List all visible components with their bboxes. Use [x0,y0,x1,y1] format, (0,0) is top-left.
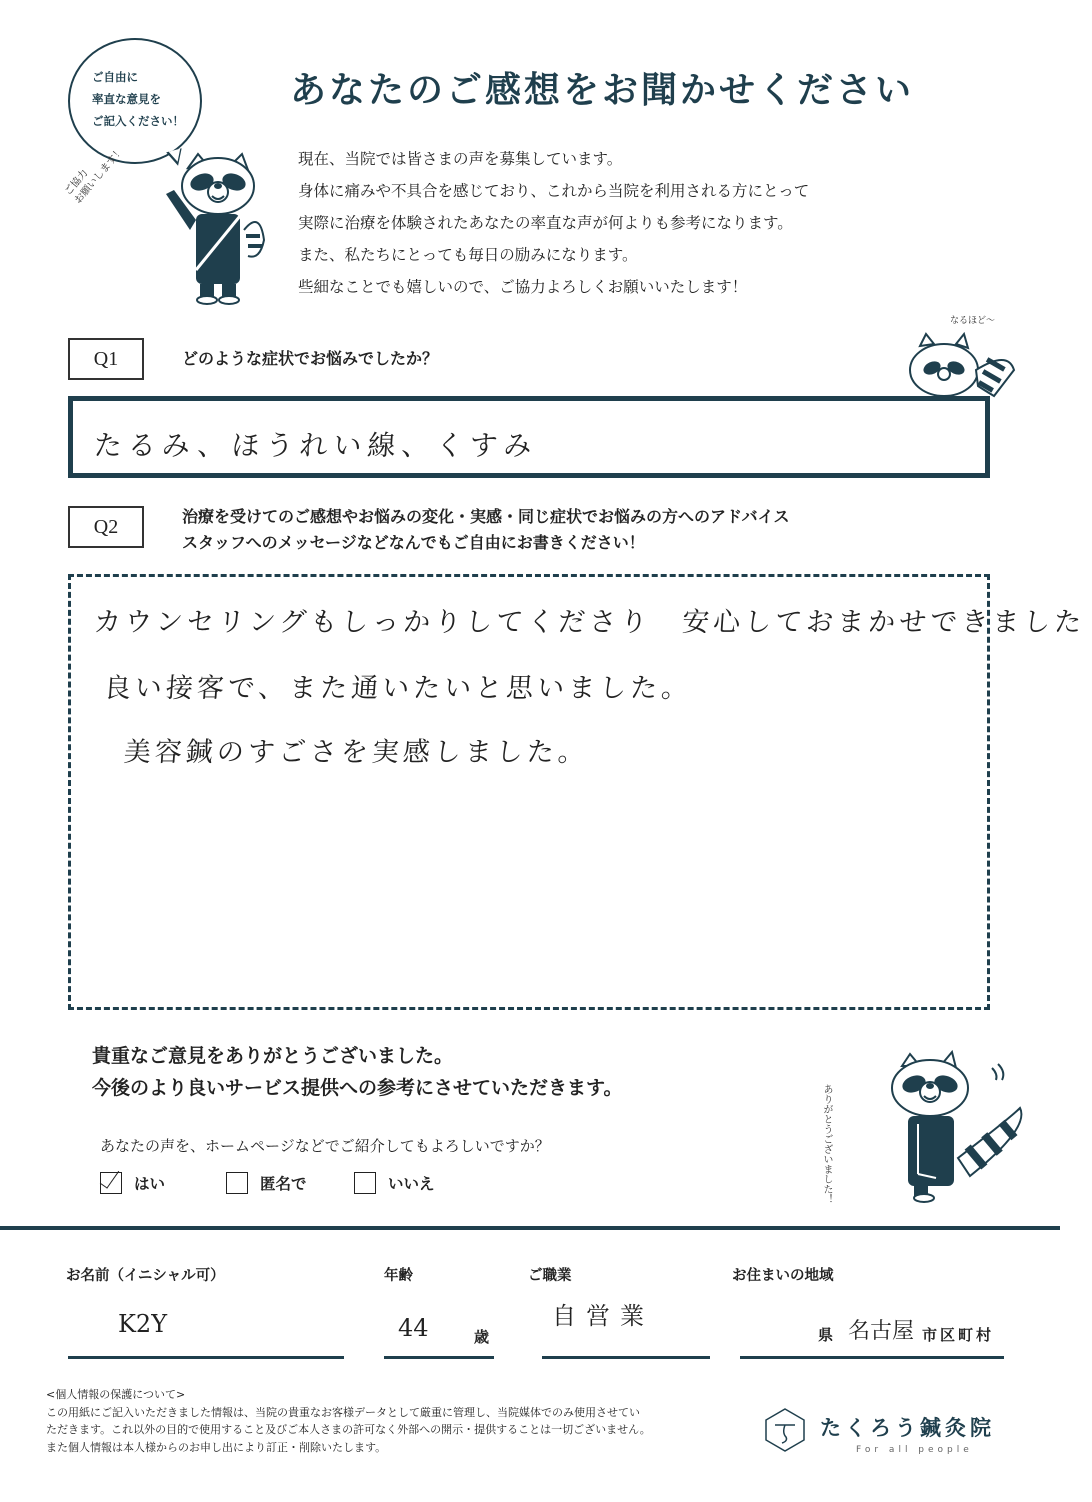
intro-line: また、私たちにとっても毎日の励みになります。 [298,239,809,271]
name-input-line[interactable] [68,1356,344,1359]
option-label: はい [134,1172,165,1194]
intro-line: 現在、当院では皆さまの声を募集しています。 [298,143,809,175]
q2-question-line: スタッフへのメッセージなどなんでもご自由にお書きください！ [182,530,790,556]
mascot-note-naruhodo: なるほど～ [950,313,995,326]
thanks-message: 貴重なご意見をありがとうございました。 今後のより良いサービス提供への参考にさせ… [92,1040,622,1104]
waving-raccoon-icon [880,1048,1030,1204]
q2-answer-line: 美容鍼のすごさを実感しました。 [123,730,591,769]
consent-option-yes[interactable]: はい [100,1172,165,1194]
raccoon-mascot-icon [160,150,280,310]
privacy-notice: <個人情報の保護について> この用紙にご記入いただきました情報は、当院の貴重なお… [46,1386,746,1456]
section-divider [0,1226,1060,1230]
q2-question-line: 治療を受けてのご感想やお悩みの変化・実感・同じ症状でお悩みの方へのアドバイス [182,504,790,530]
consent-option-anonymous[interactable]: 匿名で [226,1172,307,1194]
area-prefecture-unit: 県 [818,1324,833,1345]
area-city-unit: 市区町村 [922,1324,994,1345]
name-label: お名前（イニシャル可） [66,1264,225,1285]
clinic-logo-icon [762,1407,808,1453]
checkbox-anonymous[interactable] [226,1172,248,1194]
job-label: ご職業 [528,1264,572,1285]
bubble-text: ご自由に 率直な意見を ご記入ください！ [92,66,212,132]
consent-question: あなたの声を、ホームページなどでご紹介してもよろしいですか？ [100,1135,550,1156]
consent-option-no[interactable]: いいえ [354,1172,435,1194]
intro-line: 身体に痛みや不具合を感じており、これから当院を利用される方にとって [298,175,809,207]
clinic-name: たくろう鍼灸院 [820,1412,995,1442]
checkbox-yes[interactable] [100,1172,122,1194]
mascot-note-thanks: ありがとうございました！ [820,1084,833,1204]
checkbox-no[interactable] [354,1172,376,1194]
option-label: いいえ [388,1172,435,1194]
age-input-line[interactable] [384,1356,494,1359]
q1-question: どのような症状でお悩みでしたか？ [182,346,438,372]
q2-answer-line: 良い接客で、また通いたいと思いました。 [103,666,694,705]
q2-label: Q2 [68,506,144,548]
peeking-raccoon-icon [898,330,1028,402]
thanks-line: 今後のより良いサービス提供への参考にさせていただきます。 [92,1072,622,1104]
option-label: 匿名で [260,1172,307,1194]
q2-answer-box[interactable] [68,574,990,1010]
q2-question: 治療を受けてのご感想やお悩みの変化・実感・同じ症状でお悩みの方へのアドバイス ス… [182,504,790,556]
age-label: 年齢 [384,1264,413,1285]
job-input-line[interactable] [542,1356,710,1359]
q1-answer: たるみ、ほうれい線、くすみ [93,424,539,464]
age-unit: 歳 [474,1326,489,1347]
intro-line: 些細なことでも嬉しいので、ご協力よろしくお願いいたします！ [298,271,809,303]
area-label: お住まいの地域 [732,1264,834,1285]
intro-text: 現在、当院では皆さまの声を募集しています。 身体に痛みや不具合を感じており、これ… [298,143,809,303]
age-value: 44 [398,1314,429,1342]
area-value: 名古屋 [848,1314,914,1345]
q1-label: Q1 [68,338,144,380]
thanks-line: 貴重なご意見をありがとうございました。 [92,1040,622,1072]
clinic-tagline: For all people [856,1445,973,1455]
job-value: 自営業 [552,1296,654,1331]
q2-answer-line: カウンセリングもしっかりしてくださり 安心しておまかせできました [93,600,1087,639]
page-title: あなたのご感想をお聞かせください [290,62,914,113]
intro-line: 実際に治療を体験されたあなたの率直な声が何よりも参考になります。 [298,207,809,239]
area-input-line[interactable] [740,1356,1004,1359]
name-value: K2Y [118,1310,167,1338]
